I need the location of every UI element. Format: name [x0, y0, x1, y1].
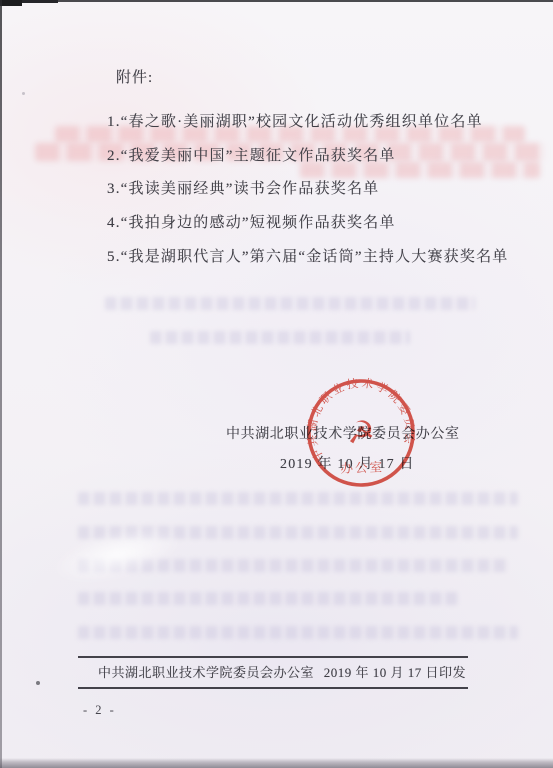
scan-speck: [36, 681, 40, 685]
hammer-and-sickle-icon: ☭: [346, 415, 375, 452]
attachment-item-5: 5.“我是湖职代言人”第六届“金话筒”主持人大赛获奖名单: [107, 238, 508, 272]
official-red-seal: 中共湖北职业技术学院委员会 ☭ 办公室: [303, 375, 419, 491]
footer-issuer: 中共湖北职业技术学院委员会办公室: [98, 662, 314, 681]
attachment-label: 附件:: [116, 66, 153, 87]
scan-edge-left: [0, 0, 2, 768]
bleed-through-text-line: [105, 297, 475, 310]
scan-speck: [22, 92, 25, 95]
scan-edge-top: [0, 0, 553, 2]
footer-rule-top: [78, 656, 468, 658]
footer-row: 中共湖北职业技术学院委员会办公室 2019 年 10 月 17 日印发: [78, 662, 468, 681]
footer-rule-bottom: [78, 687, 468, 689]
footer-print-date: 2019 年 10 月 17 日印发: [324, 662, 466, 681]
attachment-item-3: 3.“我读美丽经典”读书会作品获奖名单: [107, 171, 508, 205]
attachment-item-2: 2.“我爱美丽中国”主题征文作品获奖名单: [107, 138, 508, 172]
bleed-through-text-line: [78, 492, 518, 505]
bleed-through-text-line: [150, 331, 410, 344]
attachment-list: 1.“春之歌·美丽湖职”校园文化活动优秀组织单位名单 2.“我爱美丽中国”主题征…: [107, 104, 508, 272]
scan-edge-top-corner: [0, 0, 22, 6]
seal-graphic: 中共湖北职业技术学院委员会 ☭ 办公室: [303, 375, 419, 491]
attachment-item-1: 1.“春之歌·美丽湖职”校园文化活动优秀组织单位名单: [107, 104, 508, 138]
seal-center-label: 办公室: [340, 459, 384, 476]
scanned-document-page: 附件: 1.“春之歌·美丽湖职”校园文化活动优秀组织单位名单 2.“我爱美丽中国…: [0, 0, 553, 768]
bleed-through-text-line: [78, 626, 518, 639]
page-number: - 2 -: [83, 703, 116, 718]
attachment-item-4: 4.“我拍身边的感动”短视频作品获奖名单: [107, 205, 508, 239]
bleed-through-text-line: [78, 592, 458, 605]
scan-edge-bottom: [0, 758, 553, 768]
